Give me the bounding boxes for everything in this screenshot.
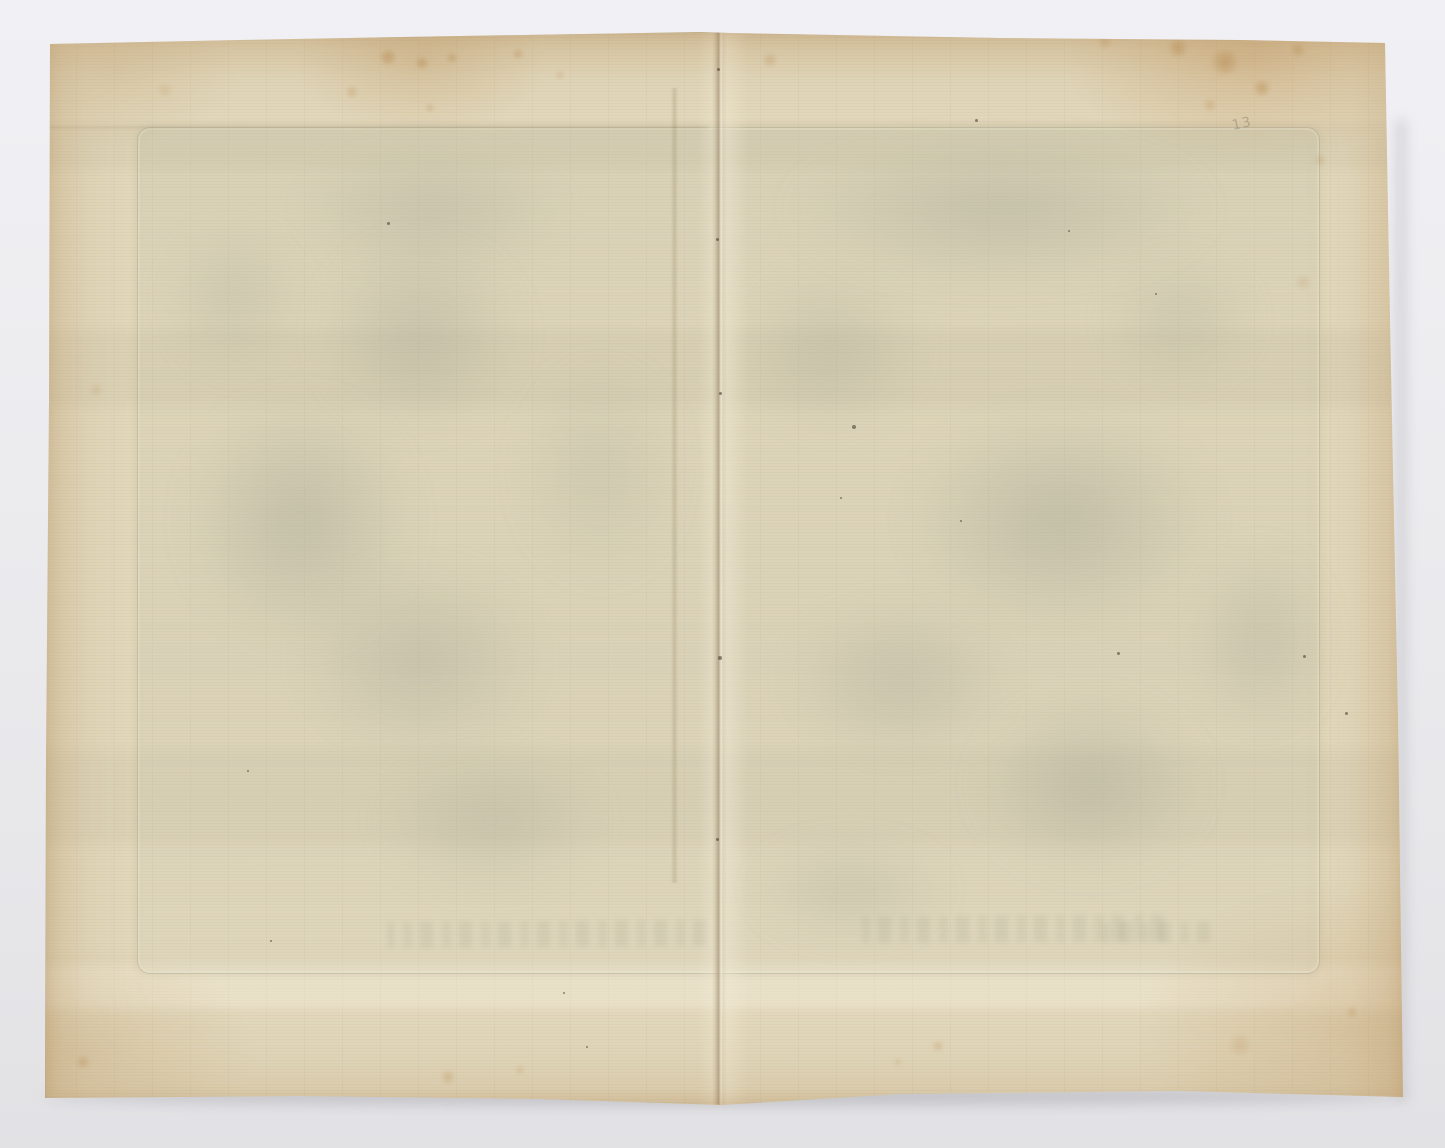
- foxing-spot: [1228, 1033, 1252, 1057]
- ink-speck: [852, 425, 856, 429]
- ink-speck: [270, 940, 272, 942]
- ink-speck: [719, 392, 722, 395]
- show-through-blob: [145, 195, 325, 405]
- foxing-spot: [894, 1058, 902, 1066]
- foxing-spot: [446, 52, 458, 64]
- foxing-spot: [1203, 98, 1217, 112]
- foxing-spot: [762, 52, 778, 68]
- show-through-blob: [340, 725, 640, 915]
- ink-speck: [716, 838, 719, 841]
- ink-speck: [716, 238, 719, 241]
- foxing-spot: [157, 82, 173, 98]
- foxing-spot: [379, 48, 397, 66]
- ink-speck: [586, 1046, 588, 1048]
- show-through-caption-right-end: [1092, 922, 1210, 943]
- foxing-spot: [76, 1055, 90, 1069]
- foxing-spot: [932, 1040, 944, 1052]
- foxing-spot: [440, 1069, 456, 1085]
- horizontal-crease: [48, 126, 708, 130]
- ink-speck: [247, 770, 249, 772]
- foxing-spot: [515, 1065, 525, 1075]
- print-verso-sheet: 13: [0, 0, 1445, 1148]
- foxing-spot: [1295, 274, 1311, 290]
- ink-speck: [563, 992, 565, 994]
- foxing-spot: [1346, 1006, 1358, 1018]
- ink-speck: [1117, 652, 1120, 655]
- foxing-spot: [425, 103, 435, 113]
- foxing-spot: [512, 48, 524, 60]
- foxing-spot: [345, 85, 359, 99]
- foxing-spot: [1211, 48, 1239, 76]
- ink-speck: [387, 222, 390, 225]
- foxing-spot: [90, 384, 102, 396]
- show-through-caption-left: [388, 920, 706, 948]
- foxing-spot: [1253, 79, 1271, 97]
- ink-speck: [975, 119, 978, 122]
- ink-speck: [960, 520, 962, 522]
- ink-speck: [1303, 655, 1306, 658]
- photo-backdrop: 13: [0, 0, 1445, 1148]
- foxing-spot: [415, 56, 429, 70]
- ink-speck: [1068, 230, 1070, 232]
- center-fold-crease: [712, 32, 726, 1105]
- ink-speck: [718, 656, 722, 660]
- show-through-blob: [1080, 235, 1280, 405]
- foxing-spot: [1291, 43, 1305, 57]
- ink-speck: [717, 68, 720, 71]
- foxing-spot: [1314, 154, 1326, 166]
- ink-speck: [840, 497, 842, 499]
- ink-speck: [1345, 712, 1348, 715]
- foxing-spot: [1098, 35, 1112, 49]
- foxing-spot: [555, 70, 565, 80]
- foxing-spot: [1168, 38, 1188, 58]
- show-through-blob: [1170, 515, 1350, 765]
- ink-speck: [1155, 293, 1157, 295]
- secondary-crease: [671, 88, 678, 883]
